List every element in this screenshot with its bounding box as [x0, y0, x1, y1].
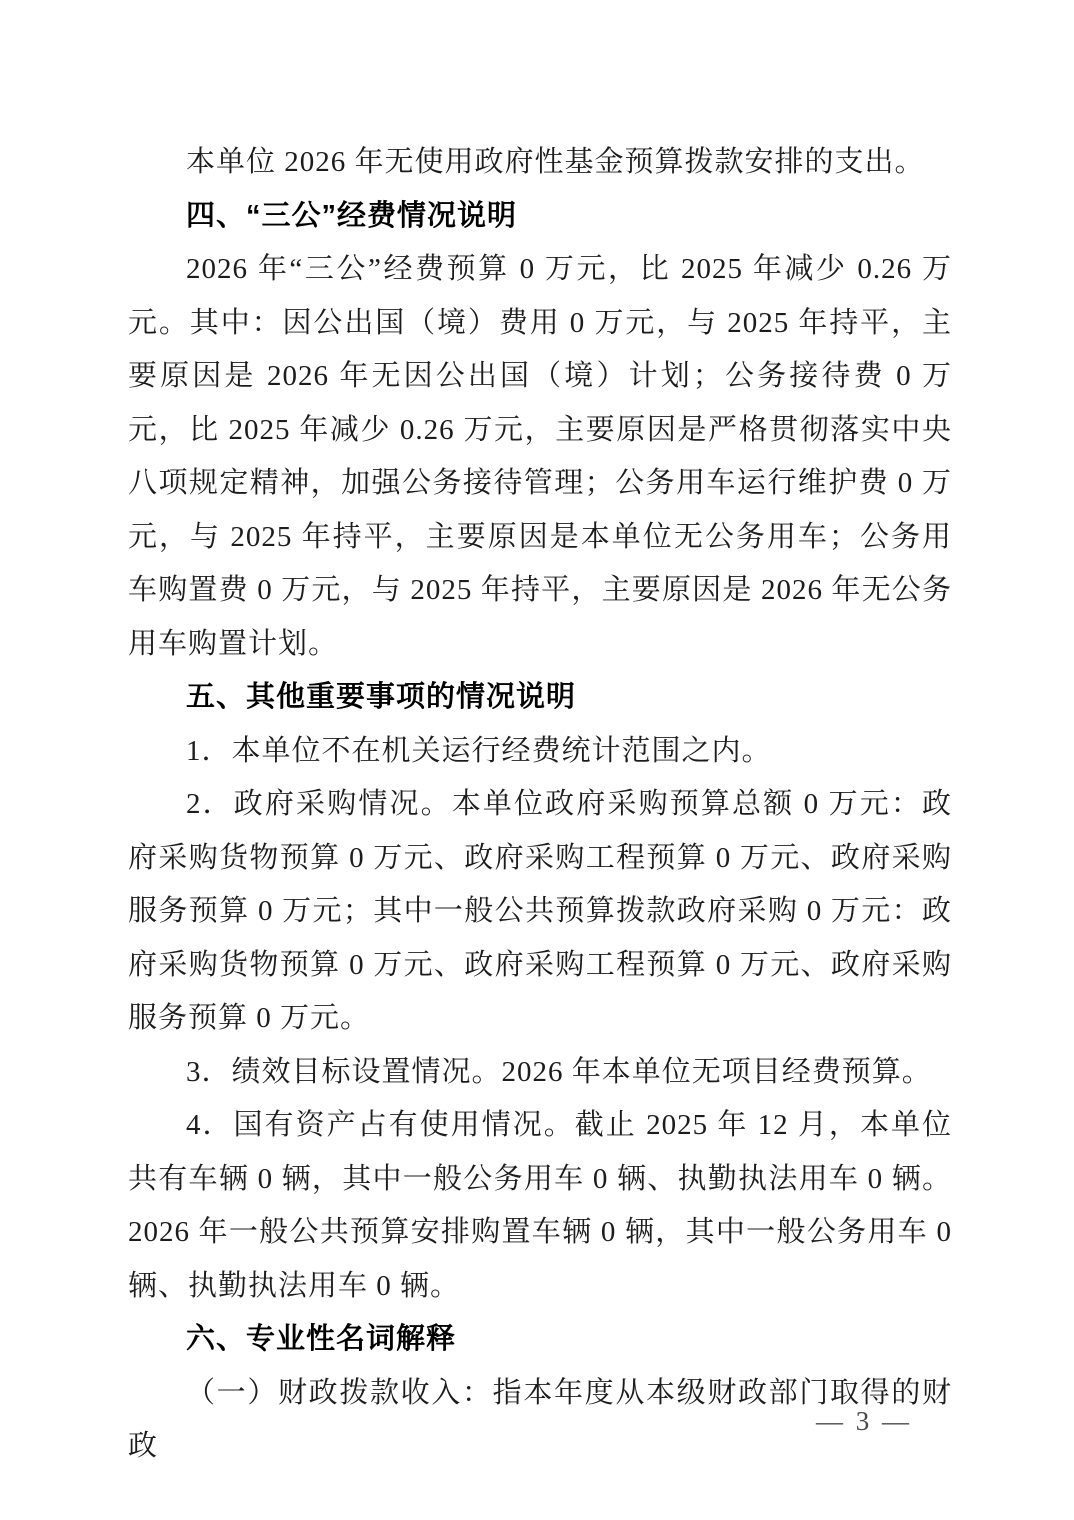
list-item-1-agency-operating-funds: 1．本单位不在机关运行经费统计范围之内。: [128, 725, 952, 779]
heading-section-four-three-public-expenses: 四、“三公”经费情况说明: [128, 190, 952, 244]
page-number: — 3 —: [816, 1406, 912, 1436]
list-item-4-state-owned-assets: 4．国有资产占有使用情况。截止 2025 年 12 月，本单位共有车辆 0 辆，…: [128, 1099, 952, 1313]
paragraph-gov-fund-expenditure: 本单位 2026 年无使用政府性基金预算拨款安排的支出。: [128, 136, 952, 190]
document-body: 本单位 2026 年无使用政府性基金预算拨款安排的支出。 四、“三公”经费情况说…: [128, 136, 952, 1474]
document-page: 本单位 2026 年无使用政府性基金预算拨款安排的支出。 四、“三公”经费情况说…: [0, 0, 1074, 1520]
list-item-2-government-procurement: 2．政府采购情况。本单位政府采购预算总额 0 万元：政府采购货物预算 0 万元、…: [128, 778, 952, 1046]
list-item-3-performance-targets: 3．绩效目标设置情况。2026 年本单位无项目经费预算。: [128, 1046, 952, 1100]
heading-section-five-other-important-matters: 五、其他重要事项的情况说明: [128, 671, 952, 725]
heading-section-six-terminology: 六、专业性名词解释: [128, 1313, 952, 1367]
paragraph-three-public-expenses-detail: 2026 年“三公”经费预算 0 万元，比 2025 年减少 0.26 万元。其…: [128, 243, 952, 671]
